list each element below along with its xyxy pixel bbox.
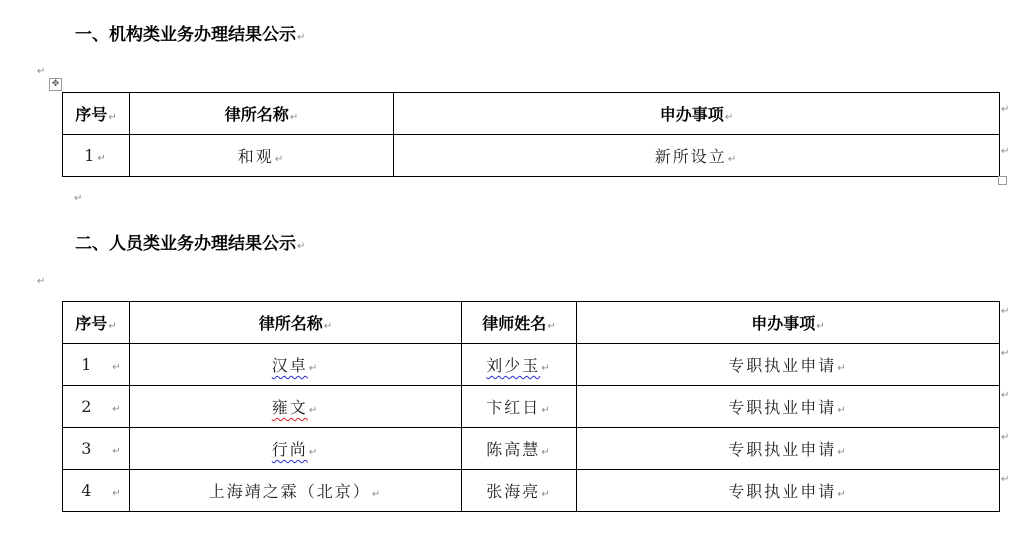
- cell-matter: 专职执业申请↵: [577, 386, 1000, 428]
- header-index: 序号↵: [63, 302, 130, 344]
- paragraph-mark-icon: ↵: [37, 66, 45, 77]
- cell-lawyer: 陈高慧↵: [462, 428, 577, 470]
- table-row: 2↵ 雍文↵ 卞红日↵ 专职执业申请↵: [63, 386, 1000, 428]
- cell-index: 1↵: [63, 344, 130, 386]
- cell-matter: 专职执业申请↵: [577, 428, 1000, 470]
- header-index: 序号↵: [63, 93, 130, 135]
- row-end-mark-icon: ↵: [1001, 474, 1009, 485]
- row-end-mark-icon: ↵: [1001, 390, 1009, 401]
- cell-matter: 专职执业申请↵: [577, 470, 1000, 512]
- row-end-mark-icon: ↵: [1001, 306, 1009, 317]
- table-row: 4↵ 上海靖之霖（北京）↵ 张海亮↵ 专职执业申请↵: [63, 470, 1000, 512]
- section2-heading: 二、人员类业务办理结果公示↵: [75, 229, 305, 254]
- cell-lawyer: 张海亮↵: [462, 470, 577, 512]
- paragraph-mark-icon: ↵: [74, 193, 82, 204]
- section1-heading: 一、机构类业务办理结果公示↵: [75, 20, 305, 45]
- cell-matter: 专职执业申请↵: [577, 344, 1000, 386]
- table-row: 1↵ 和观↵ 新所设立↵: [63, 135, 1000, 177]
- cell-firm: 雍文↵: [130, 386, 462, 428]
- cell-firm: 行尚↵: [130, 428, 462, 470]
- cell-firm: 上海靖之霖（北京）↵: [130, 470, 462, 512]
- paragraph-mark-icon: ↵: [297, 32, 305, 43]
- paragraph-mark-icon: ↵: [297, 241, 305, 252]
- table-header-row: 序号↵ 律所名称↵ 律师姓名↵ 申办事项↵: [63, 302, 1000, 344]
- table-resize-handle-icon[interactable]: [998, 176, 1007, 185]
- row-end-mark-icon: ↵: [1001, 348, 1009, 359]
- header-lawyer: 律师姓名↵: [462, 302, 577, 344]
- section2-heading-text: 二、人员类业务办理结果公示: [75, 234, 296, 254]
- header-matter: 申办事项↵: [394, 93, 1000, 135]
- cell-index: 3↵: [63, 428, 130, 470]
- header-matter: 申办事项↵: [577, 302, 1000, 344]
- cell-index: 2↵: [63, 386, 130, 428]
- table-move-handle-icon[interactable]: ✥: [49, 78, 62, 91]
- header-firm: 律所名称↵: [130, 93, 394, 135]
- cell-firm: 和观↵: [130, 135, 394, 177]
- cell-index: 1↵: [63, 135, 130, 177]
- table-row: 1↵ 汉卓↵ 刘少玉↵ 专职执业申请↵: [63, 344, 1000, 386]
- personnel-results-table: 序号↵ 律所名称↵ 律师姓名↵ 申办事项↵ 1↵ 汉卓↵ 刘少玉↵ 专职执业申请…: [62, 301, 1000, 512]
- header-firm: 律所名称↵: [130, 302, 462, 344]
- row-end-mark-icon: ↵: [1001, 432, 1009, 443]
- table-header-row: 序号↵ 律所名称↵ 申办事项↵: [63, 93, 1000, 135]
- table-row: 3↵ 行尚↵ 陈高慧↵ 专职执业申请↵: [63, 428, 1000, 470]
- cell-index: 4↵: [63, 470, 130, 512]
- paragraph-mark-icon: ↵: [37, 276, 45, 287]
- cell-lawyer: 卞红日↵: [462, 386, 577, 428]
- cell-firm: 汉卓↵: [130, 344, 462, 386]
- cell-lawyer: 刘少玉↵: [462, 344, 577, 386]
- row-end-mark-icon: ↵: [1001, 104, 1009, 115]
- institution-results-table: 序号↵ 律所名称↵ 申办事项↵ 1↵ 和观↵ 新所设立↵: [62, 92, 1000, 177]
- row-end-mark-icon: ↵: [1001, 146, 1009, 157]
- section1-heading-text: 一、机构类业务办理结果公示: [75, 25, 296, 45]
- cell-matter: 新所设立↵: [394, 135, 1000, 177]
